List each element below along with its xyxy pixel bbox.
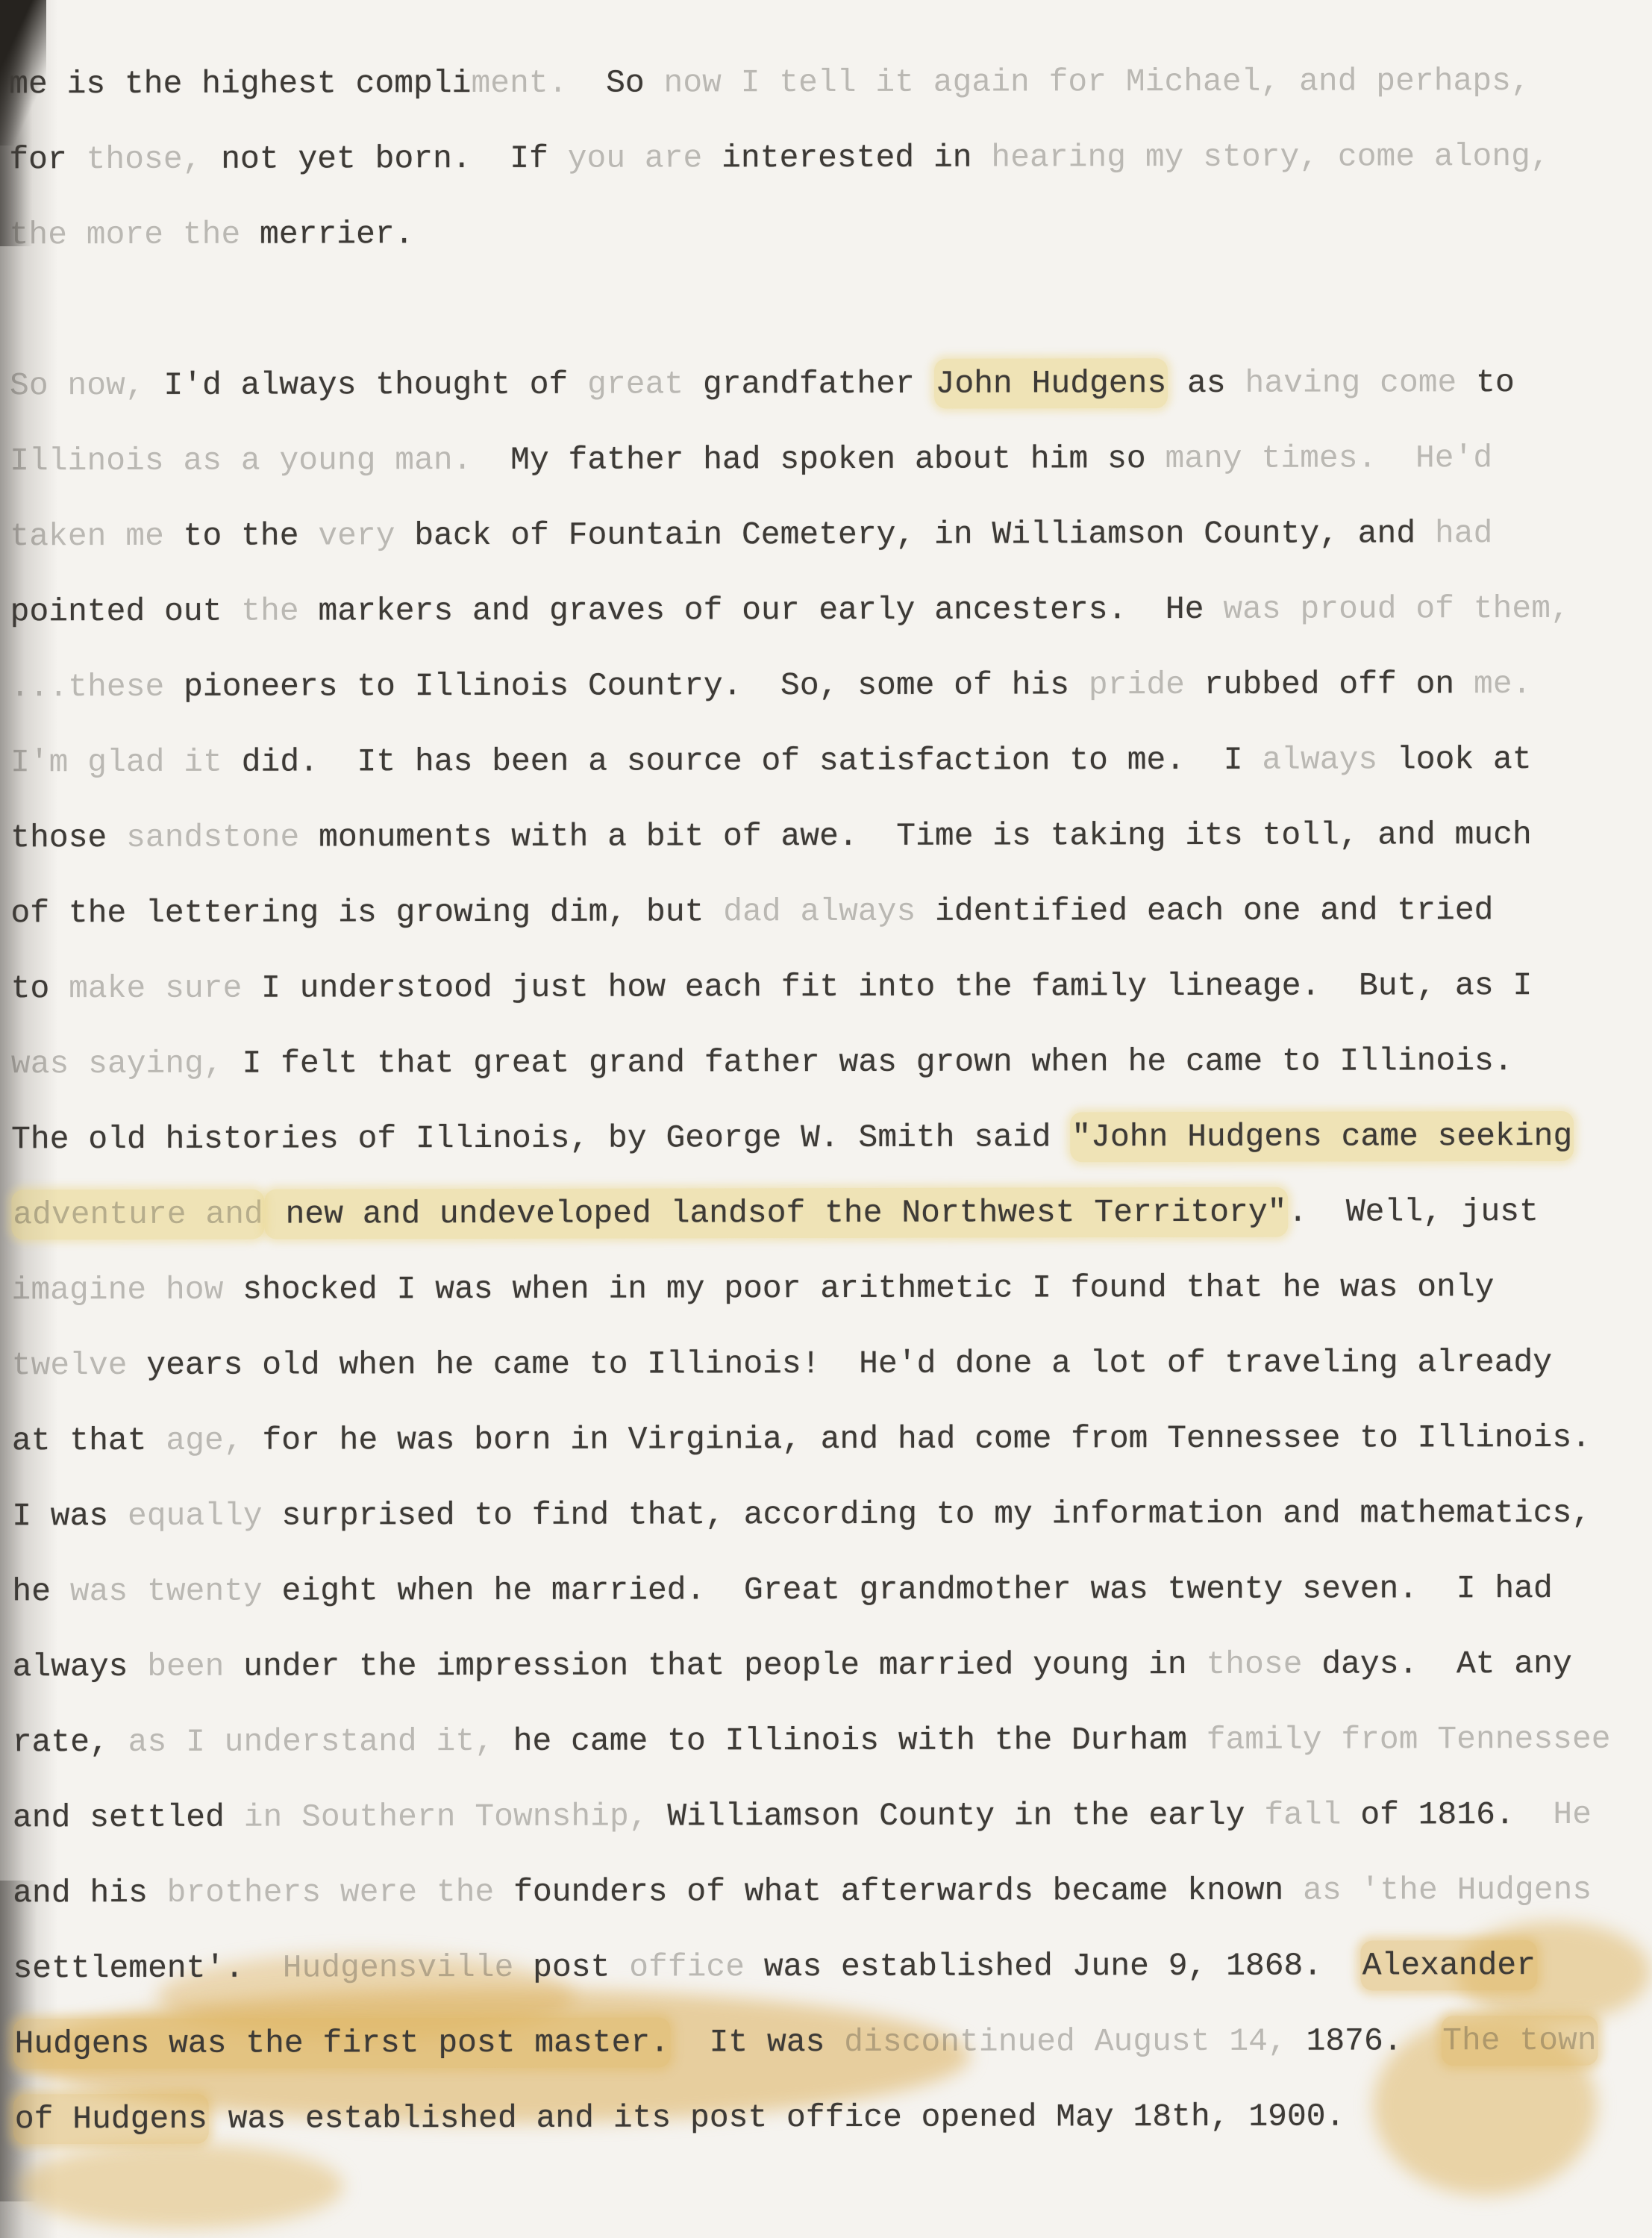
text-line: at that age, for he was born in Virginia… xyxy=(12,1400,1652,1479)
typewriter-text: was established June 9, 1868. xyxy=(745,1948,1361,1986)
text-line: pointed out the markers and graves of ou… xyxy=(10,571,1651,650)
typewriter-text: those, xyxy=(87,141,202,178)
typewriter-text: was proud of them, xyxy=(1223,590,1570,628)
highlighted-text: Alexander xyxy=(1361,1940,1537,1990)
typewriter-text: monuments with a bit of awe. Time is tak… xyxy=(299,816,1532,855)
typewriter-text: not yet born. If xyxy=(201,140,567,178)
text-line: taken me to the very back of Fountain Ce… xyxy=(10,496,1651,575)
typewriter-text: office xyxy=(629,1948,745,1985)
highlighted-text: adventure and xyxy=(11,1190,265,1240)
text-line: Hudgens was the first post master. It wa… xyxy=(13,2003,1652,2082)
typewriter-text: rubbed off on xyxy=(1185,666,1474,703)
typewriter-text: It was xyxy=(671,2024,844,2060)
typewriter-text: in Southern Township, xyxy=(244,1798,648,1836)
typewriter-text: was established and its post office open… xyxy=(209,2098,1345,2137)
text-line: those sandstone monuments with a bit of … xyxy=(10,797,1651,876)
typewriter-text: identified each one and tried xyxy=(916,892,1493,930)
typewriter-text: Williamson County in the early xyxy=(648,1797,1265,1835)
typewriter-text: Hudgensville xyxy=(283,1949,514,1987)
highlighted-text: "John Hudgens came seeking xyxy=(1070,1111,1574,1162)
typewriter-text: days. At any xyxy=(1302,1645,1571,1683)
typewriter-text: to xyxy=(1457,364,1515,401)
typewriter-text: merrier. xyxy=(260,216,414,252)
typewriter-text: 1876. xyxy=(1287,2022,1442,2059)
typewriter-text: Illinois as a young man. xyxy=(10,442,472,479)
typewriter-text: to xyxy=(11,970,69,1007)
typewriter-text: . Well, just xyxy=(1288,1193,1539,1231)
typewriter-text: very xyxy=(318,517,395,554)
typewriter-text: rate, xyxy=(13,1724,128,1760)
typewriter-text: for he was born in Virginia, and had com… xyxy=(243,1419,1591,1459)
typewriter-text: now I tell it again for Michael, and per… xyxy=(663,63,1530,101)
typewriter-text: of 1816. xyxy=(1341,1796,1553,1834)
text-line: Illinois as a young man. My father had s… xyxy=(10,420,1651,499)
typewriter-text: I'm glad it xyxy=(10,744,222,781)
typewriter-text: pointed out xyxy=(10,593,242,631)
typewriter-text: interested in xyxy=(702,140,991,177)
text-line: of Hudgens was established and its post … xyxy=(13,2078,1652,2157)
typewriter-text: for xyxy=(9,141,86,178)
typewriter-text: markers and graves of our early ancester… xyxy=(318,591,1223,630)
typewriter-text: those xyxy=(10,819,126,856)
typewriter-text: discontinued August 14, xyxy=(844,2023,1287,2060)
typewriter-text: me is the highest compli xyxy=(9,65,471,102)
text-line: me is the highest compliment. So now I t… xyxy=(9,43,1650,122)
text-line: always been under the impression that pe… xyxy=(12,1626,1652,1705)
text-line: twelve years old when he came to Illinoi… xyxy=(12,1325,1652,1404)
typewriter-text: taken me xyxy=(10,518,164,554)
typewriter-text: many times. He'd xyxy=(1165,440,1492,477)
typewriter-text: to the xyxy=(164,517,319,554)
typewriter-text: imagine how xyxy=(11,1272,223,1309)
typewriter-text: He xyxy=(1553,1796,1592,1833)
text-line: of the lettering is growing dim, but dad… xyxy=(10,872,1651,951)
text-line: I'm glad it did. It has been a source of… xyxy=(10,722,1651,801)
typewriter-text: was saying, xyxy=(11,1045,223,1083)
typewriter-text: So now, xyxy=(10,367,145,404)
typewriter-text: settlement'. xyxy=(13,1950,282,1987)
typewriter-text: was twenty xyxy=(70,1573,263,1610)
typewriter-text: pride xyxy=(1089,666,1185,703)
typewriter-text: dad always xyxy=(723,893,916,931)
typewriter-text: founders of what afterwards became known xyxy=(494,1872,1303,1910)
typewriter-text: of the lettering is growing dim, but xyxy=(10,893,723,931)
typewriter-text: me. xyxy=(1474,666,1532,702)
typewriter-text: twelve xyxy=(12,1347,128,1384)
typewriter-text: having come xyxy=(1245,364,1457,401)
text-line: and settled in Southern Township, Willia… xyxy=(13,1777,1652,1856)
typewriter-text: My father had spoken about him so xyxy=(472,440,1165,478)
typewriter-text: at that xyxy=(12,1422,166,1459)
typewriter-text: ...these xyxy=(10,669,184,705)
typewriter-text: eight when he married. Great grandmother… xyxy=(263,1570,1553,1610)
typewriter-text: been xyxy=(147,1648,224,1685)
typewriter-text: he xyxy=(12,1573,70,1610)
typewriter-text: great xyxy=(587,366,703,402)
text-line: rate, as I understand it, he came to Ill… xyxy=(13,1701,1652,1781)
typewriter-text: I'd always thought of xyxy=(145,366,588,404)
typewriter-text: shocked I was when in my poor arithmetic… xyxy=(223,1269,1494,1308)
typewriter-text: sandstone xyxy=(126,819,299,855)
typewriter-text: So xyxy=(567,64,663,101)
typewriter-text: and settled xyxy=(13,1799,244,1837)
typewriter-text: the more the xyxy=(10,216,260,254)
typewriter-text: did. It has been a source of satisfactio… xyxy=(222,742,1263,781)
text-line: and his brothers were the founders of wh… xyxy=(13,1852,1652,1931)
text-line: So now, I'd always thought of great gran… xyxy=(10,345,1651,424)
typewriter-text: years old when he came to Illinois! He'd… xyxy=(128,1344,1553,1384)
text-line: was saying, I felt that great grand fath… xyxy=(11,1023,1652,1102)
paragraph-gap xyxy=(10,269,1651,348)
typewriter-text: post xyxy=(513,1949,629,1986)
typewriter-text: brothers were the xyxy=(167,1874,495,1911)
typewriter-text: those xyxy=(1206,1646,1302,1683)
text-line: imagine how shocked I was when in my poo… xyxy=(11,1249,1652,1328)
typewriter-text: had xyxy=(1435,515,1493,551)
text-line: I was equally surprised to find that, ac… xyxy=(12,1475,1652,1554)
typewriter-text: back of Fountain Cemetery, in Williamson… xyxy=(395,515,1435,554)
typewriter-text: as xyxy=(1168,365,1245,401)
highlighted-text: Hudgens was the first post master. xyxy=(13,2017,671,2069)
typewriter-text: grandfather xyxy=(703,366,934,403)
typewriter-text: as I understand it, xyxy=(128,1723,494,1760)
typewriter-text: fall xyxy=(1264,1797,1341,1834)
typewriter-text: always xyxy=(1262,741,1377,778)
typewriter-text: I felt that great grand father was grown… xyxy=(223,1043,1513,1082)
typewriter-text: the xyxy=(241,593,318,629)
typewriter-text: I understood just how each fit into the … xyxy=(242,967,1532,1007)
typewriter-text: look at xyxy=(1377,741,1532,778)
typewriter-text: age, xyxy=(166,1422,243,1459)
text-line: he was twenty eight when he married. Gre… xyxy=(12,1551,1652,1630)
typewriter-text: as 'the Hudgens xyxy=(1303,1872,1592,1909)
typewriter-text: pioneers to Illinois Country. So, some o… xyxy=(184,666,1089,705)
highlighted-text: John Hudgens xyxy=(934,358,1168,409)
typewriter-text: you are xyxy=(568,140,703,176)
typewriter-text: equally xyxy=(128,1498,263,1534)
typewriter-text: always xyxy=(13,1648,148,1685)
typewriter-text: surprised to find that, according to my … xyxy=(263,1495,1592,1534)
highlighted-text: The town xyxy=(1441,2016,1598,2066)
typewriter-text: family from Tennessee xyxy=(1207,1721,1611,1758)
text-line: settlement'. Hudgensville post office wa… xyxy=(13,1928,1652,2007)
text-line: adventure and new and undeveloped landso… xyxy=(11,1174,1652,1253)
text-line: the more the merrier. xyxy=(9,194,1650,273)
text-line: to make sure I understood just how each … xyxy=(11,948,1652,1027)
typewriter-text: and his xyxy=(13,1875,167,1911)
typewriter-text: I was xyxy=(12,1498,128,1534)
highlighted-text: of Hudgens xyxy=(13,2094,209,2145)
typewriter-text: under the impression that people married… xyxy=(224,1646,1206,1685)
page-text: me is the highest compliment. So now I t… xyxy=(9,43,1652,2157)
typewriter-text: hearing my story, come along, xyxy=(991,138,1549,176)
typewriter-text: The old histories of Illinois, by George… xyxy=(11,1119,1070,1157)
typewriter-text: ment. xyxy=(471,65,567,101)
typewriter-text: make sure xyxy=(69,970,242,1007)
scanned-document-page: me is the highest compliment. So now I t… xyxy=(0,0,1652,2238)
text-line: The old histories of Illinois, by George… xyxy=(11,1098,1652,1178)
highlighted-text: new and undeveloped landsof the Northwes… xyxy=(265,1187,1289,1240)
text-line: for those, not yet born. If you are inte… xyxy=(9,119,1650,198)
text-line: ...these pioneers to Illinois Country. S… xyxy=(10,646,1651,725)
typewriter-text: he came to Illinois with the Durham xyxy=(494,1722,1207,1760)
